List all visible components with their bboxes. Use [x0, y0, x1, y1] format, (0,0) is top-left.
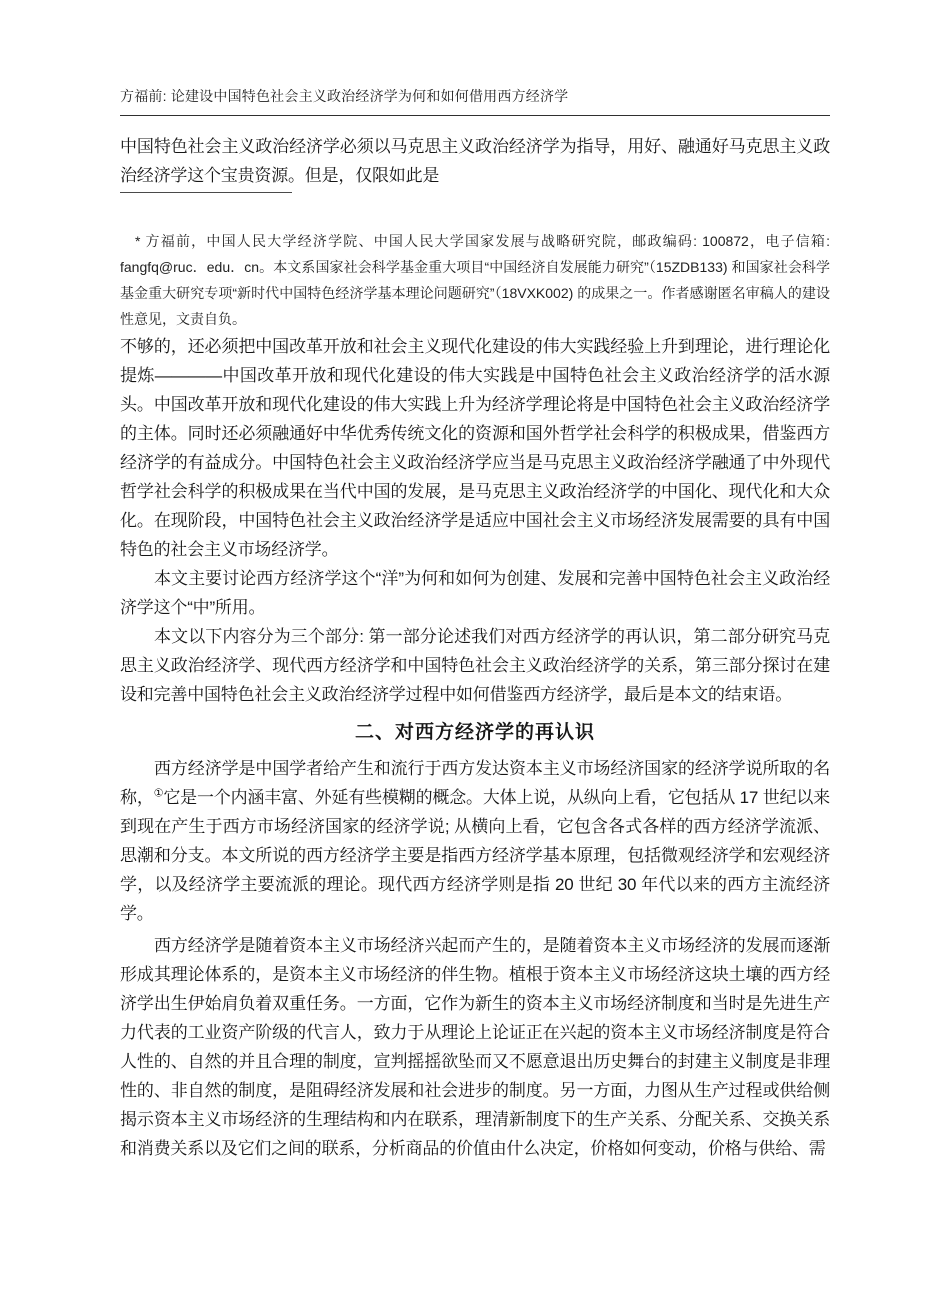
section-heading: 二、对西方经济学的再认识: [120, 719, 830, 746]
western-def-text-post: 它是一个内涵丰富、外延有些模糊的概念。大体上说，从纵向上看，它包括从 17 世纪…: [120, 788, 830, 923]
footnote-text: * 方福前，中国人民大学经济学院、中国人民大学国家发展与战略研究院，邮政编码: …: [120, 228, 830, 332]
paragraph-continuation-top: 中国特色社会主义政治经济学必须以马克思主义政治经济学为指导，用好、融通好马克思主…: [120, 132, 830, 190]
paragraph-continuation-body: 不够的，还必须把中国改革开放和社会主义现代化建设的伟大实践经验上升到理论，进行理…: [120, 332, 830, 564]
paragraph-outline: 本文以下内容分为三个部分: 第一部分论述我们对西方经济学的再认识，第二部分研究马…: [120, 622, 830, 709]
footnote-ref-marker: ①: [154, 787, 164, 799]
header-rule: [120, 115, 830, 116]
document-page: 方福前: 论建设中国特色社会主义政治经济学为何和如何借用西方经济学 中国特色社会…: [0, 0, 950, 1290]
page-content: 方福前: 论建设中国特色社会主义政治经济学为何和如何借用西方经济学 中国特色社会…: [120, 87, 830, 1163]
paragraph-western-econ-definition: 西方经济学是中国学者给产生和流行于西方发达资本主义市场经济国家的经济学说所取的名…: [120, 754, 830, 928]
running-head: 方福前: 论建设中国特色社会主义政治经济学为何和如何借用西方经济学: [120, 87, 830, 105]
paragraph-scope: 本文主要讨论西方经济学这个“洋”为何和如何为创建、发展和完善中国特色社会主义政治…: [120, 564, 830, 622]
footnote-separator: [120, 192, 292, 193]
paragraph-western-econ-origin: 西方经济学是随着资本主义市场经济兴起而产生的，是随着资本主义市场经济的发展而逐渐…: [120, 931, 830, 1163]
